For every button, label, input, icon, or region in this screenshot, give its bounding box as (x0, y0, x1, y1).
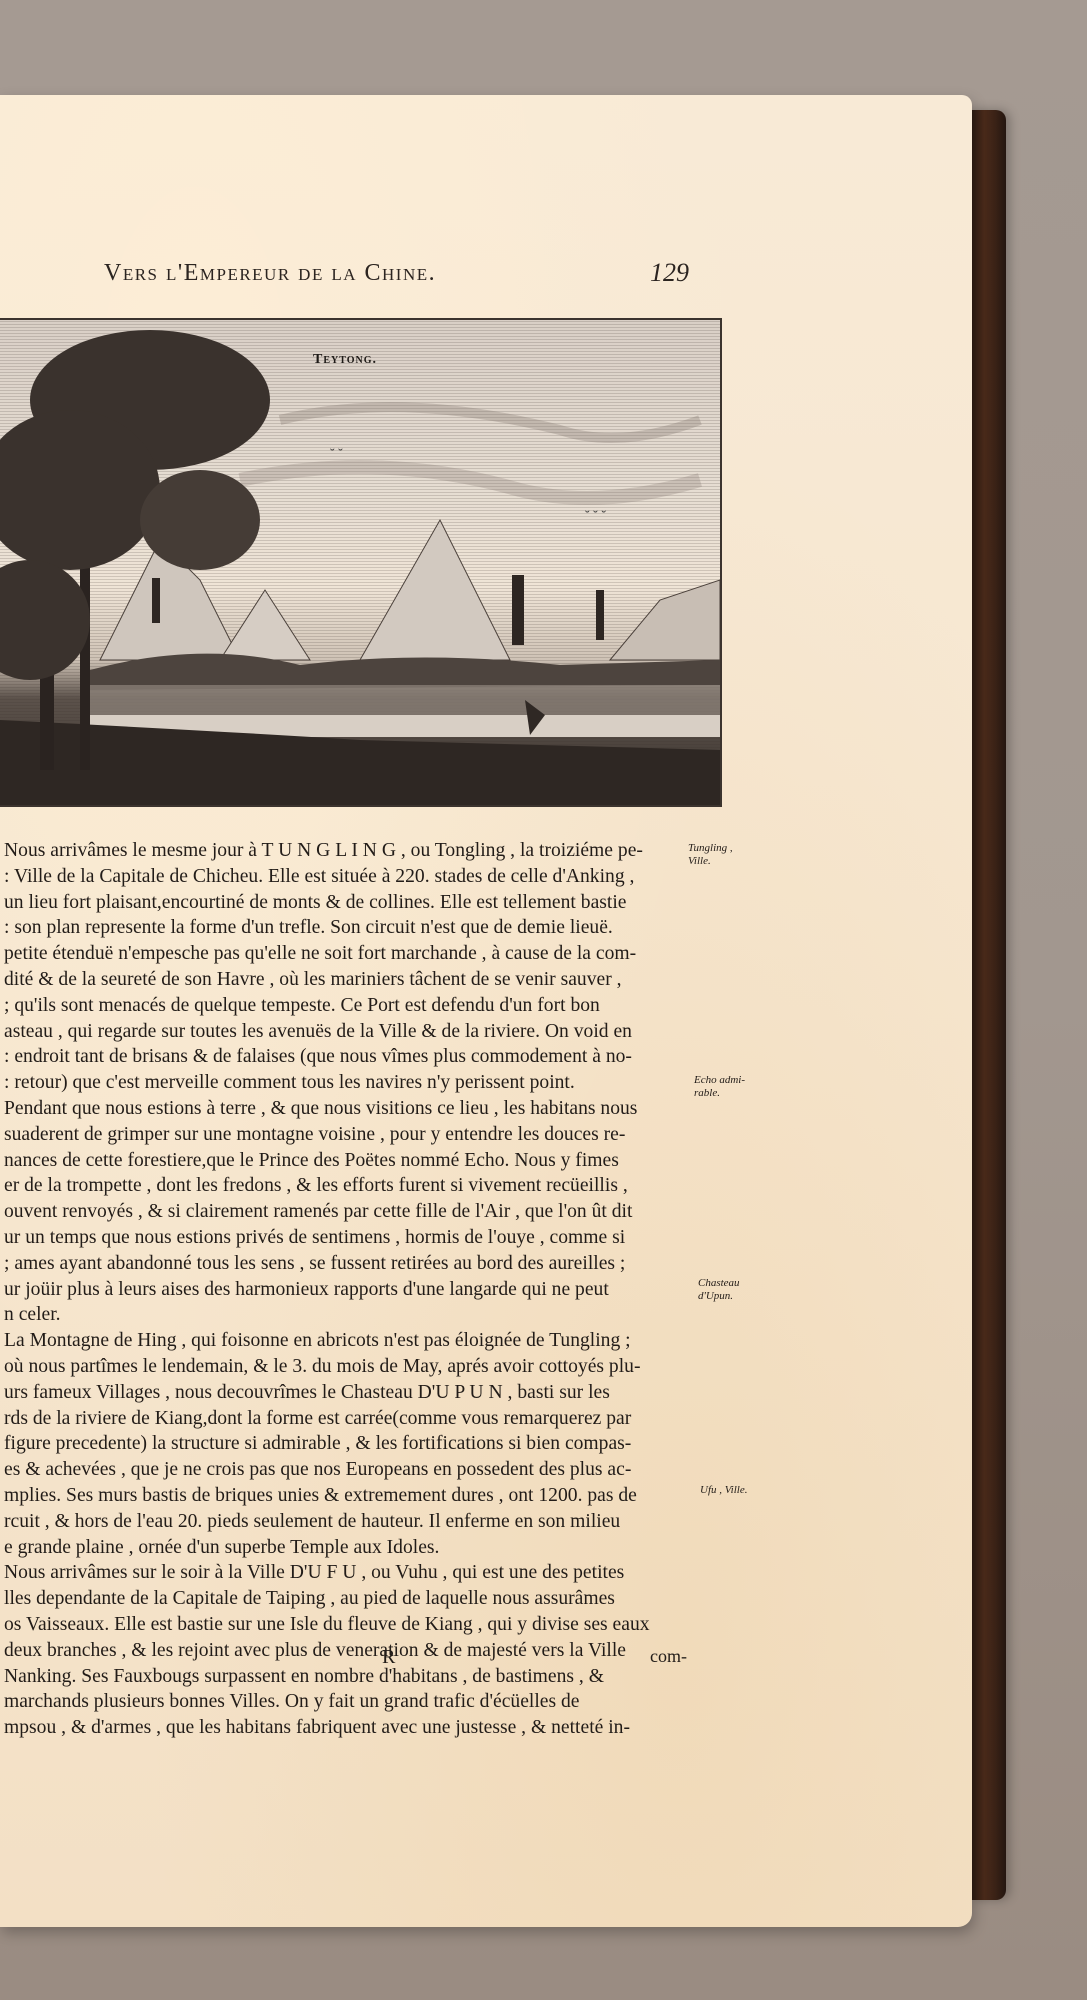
text-line: es & achevées , que je ne crois pas que … (4, 1457, 699, 1483)
text-line: rds de la riviere de Kiang,dont la forme… (4, 1406, 699, 1432)
text-line: Nous arrivâmes le mesme jour à T U N G L… (4, 838, 699, 864)
margin-note-echo: Echo admi- rable. (694, 1074, 745, 1100)
text-line: urs fameux Villages , nous decouvrîmes l… (4, 1380, 699, 1406)
text-line: er de la trompette , dont les fredons , … (4, 1173, 699, 1199)
catchword: com- (650, 1646, 687, 1667)
margin-note-ufu: Ufu , Ville. (700, 1484, 747, 1497)
text-line: deux branches , & les rejoint avec plus … (4, 1638, 699, 1664)
text-line: lles dependante de la Capitale de Taipin… (4, 1586, 699, 1612)
text-line: : Ville de la Capitale de Chicheu. Elle … (4, 864, 699, 890)
text-line: rcuit , & hors de l'eau 20. pieds seulem… (4, 1509, 699, 1535)
engraving-title: Teytong. (313, 352, 377, 368)
text-line: mpsou , & d'armes , que les habitans fab… (4, 1715, 699, 1741)
text-line: marchands plusieurs bonnes Villes. On y … (4, 1689, 699, 1715)
signature-mark: R (382, 1646, 395, 1669)
text-line: suaderent de grimper sur une montagne vo… (4, 1122, 699, 1148)
text-line: figure precedente) la structure si admir… (4, 1431, 699, 1457)
text-line: n celer. (4, 1302, 699, 1328)
birds-icon: ˘ ˘ (330, 447, 343, 462)
text-line: petite étenduë n'empesche pas qu'elle ne… (4, 941, 699, 967)
text-line: ur joüir plus à leurs aises des harmonie… (4, 1277, 699, 1303)
text-line: Nous arrivâmes sur le soir à la Ville D'… (4, 1560, 699, 1586)
book-binding (970, 110, 1006, 1900)
landscape-engraving: ˘ ˘ ˘ ˘ ˘ (0, 320, 720, 805)
text-line: un lieu fort plaisant,encourtiné de mont… (4, 890, 699, 916)
svg-text:˘ ˘ ˘: ˘ ˘ ˘ (585, 509, 606, 524)
body-text: Nous arrivâmes le mesme jour à T U N G L… (4, 838, 699, 1741)
text-line: e grande plaine , ornée d'un superbe Tem… (4, 1535, 699, 1561)
text-line: Pendant que nous estions à terre , & que… (4, 1096, 699, 1122)
text-line: Nanking. Ses Fauxbougs surpassent en nom… (4, 1664, 699, 1690)
text-line: : retour) que c'est merveille comment to… (4, 1070, 699, 1096)
text-line: où nous partîmes le lendemain, & le 3. d… (4, 1354, 699, 1380)
page-number: 129 (650, 258, 689, 288)
margin-note-tungling: Tungling , Ville. (688, 842, 733, 868)
running-head: Vers l'Empereur de la Chine. (104, 260, 704, 287)
text-line: nances de cette forestiere,que le Prince… (4, 1148, 699, 1174)
text-line: La Montagne de Hing , qui foisonne en ab… (4, 1328, 699, 1354)
text-line: ouvent renvoyés , & si clairement ramené… (4, 1199, 699, 1225)
text-line: asteau , qui regarde sur toutes les aven… (4, 1019, 699, 1045)
text-line: mplies. Ses murs bastis de briques unies… (4, 1483, 699, 1509)
text-line: ; qu'ils sont menacés de quelque tempest… (4, 993, 699, 1019)
text-line: os Vaisseaux. Elle est bastie sur une Is… (4, 1612, 699, 1638)
text-line: : endroit tant de brisans & de falaises … (4, 1044, 699, 1070)
engraving-illustration: ˘ ˘ ˘ ˘ ˘ Teytong. (0, 318, 722, 807)
text-line: : son plan represente la forme d'un tref… (4, 915, 699, 941)
margin-note-chasteau: Chasteau d'Upun. (698, 1277, 740, 1303)
text-line: ; ames ayant abandonné tous les sens , s… (4, 1251, 699, 1277)
text-line: dité & de la seureté de son Havre , où l… (4, 967, 699, 993)
text-line: ur un temps que nous estions privés de s… (4, 1225, 699, 1251)
